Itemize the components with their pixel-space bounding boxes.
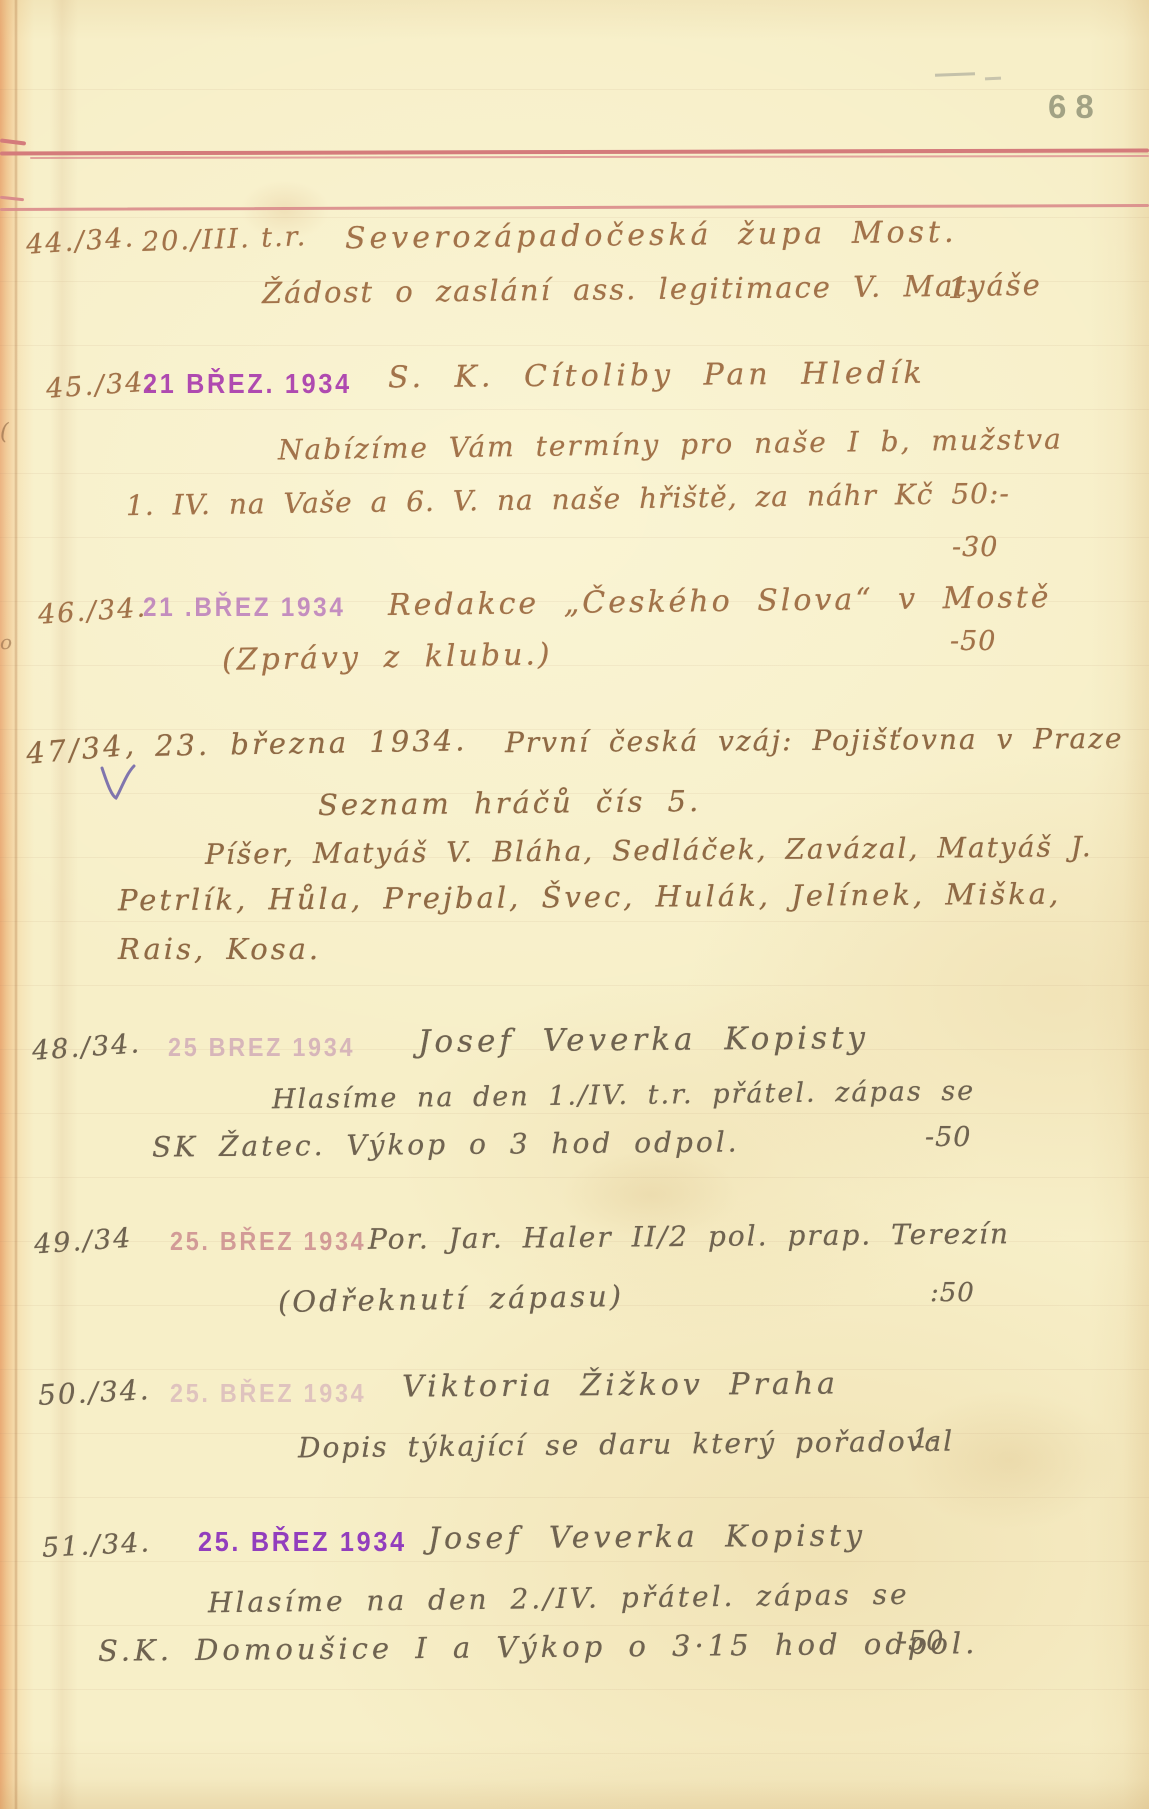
entry-line: Dopis týkající se daru který pořadoval	[298, 1425, 954, 1465]
entry-line: Nabízíme Vám termíny pro naše I b, mužst…	[278, 423, 1063, 467]
entry-amount: -50	[898, 1626, 944, 1657]
entry-amount: :50	[930, 1278, 975, 1308]
pencil-dash-mark	[985, 77, 1001, 81]
entry-number: 48./34.	[31, 1028, 142, 1067]
entry-line: SK Žatec. Výkop o 3 hod odpol.	[152, 1125, 740, 1163]
paper-stain	[900, 1390, 1120, 1530]
page-number-stamp: 68	[1048, 88, 1103, 126]
bleed-through-mark: o	[0, 630, 12, 654]
entry-title: Josef Veverka Kopisty	[428, 1518, 866, 1556]
entry-date-stamp: 25 BREZ 1934	[168, 1032, 355, 1063]
entry-title: S. K. Cítoliby Pan Hledík	[388, 356, 926, 396]
entry-amount: -50	[925, 1122, 971, 1153]
entry-title: První česká vzáj: Pojišťovna v Praze	[505, 722, 1124, 759]
entry-date-stamp: 21 .BŘEZ 1934	[143, 592, 346, 623]
red-header-rule-double	[30, 155, 1149, 159]
entry-title: Por. Jar. Haler II/2 pol. prap. Terezín	[368, 1217, 1010, 1256]
ledger-page: 68 ( o 44./34. 20./III. t.r. Severozápad…	[0, 0, 1149, 1809]
entry-number: 46./34.	[37, 592, 148, 631]
entry-number: 47/34,	[25, 727, 138, 771]
entry-number: 51./34.	[41, 1527, 151, 1564]
entry-number: 45./34.	[45, 366, 156, 405]
entry-date-handwritten: 23. března 1934.	[155, 723, 468, 762]
entry-title: Viktoria Žižkov Praha	[402, 1366, 839, 1404]
entry-line: 1. IV. na Vaše a 6. V. na naše hřiště, z…	[126, 477, 1010, 522]
red-header-rule-thin	[0, 204, 1149, 211]
entry-number: 49./34	[33, 1223, 133, 1261]
bleed-through-mark: (	[0, 420, 9, 445]
entry-line: (Odřeknutí zápasu)	[278, 1279, 625, 1319]
entry-date-handwritten: 20./III. t.r.	[142, 221, 308, 258]
entry-number: 44./34.	[25, 222, 136, 261]
pencil-dash-mark	[935, 72, 975, 76]
entry-date-stamp: 25. BŘEZ 1934	[170, 1378, 366, 1409]
entry-line: Píšer, Matyáš V. Bláha, Sedláček, Zaváza…	[205, 830, 1093, 871]
entry-number: 50./34.	[37, 1373, 151, 1412]
red-rule-edge-fragment	[0, 138, 26, 145]
entry-amount: 1-	[912, 1424, 940, 1455]
entry-line: S.K. Domoušice I a Výkop o 3·15 hod odpo…	[98, 1626, 979, 1668]
entry-title: Severozápadočeská župa Most.	[345, 215, 958, 256]
entry-line: Seznam hráčů čís 5.	[318, 784, 702, 822]
entry-line: Hlasíme na den 2./IV. přátel. zápas se	[208, 1578, 910, 1620]
entry-line: Žádost o zaslání ass. legitimace V. Maty…	[262, 268, 1042, 310]
entry-date-stamp: 21 BŘEZ. 1934	[143, 368, 352, 400]
entry-line: Petrlík, Hůla, Prejbal, Švec, Hulák, Jel…	[118, 877, 1061, 918]
entry-title: Josef Veverka Kopisty	[418, 1020, 869, 1060]
entry-amount: 1-	[948, 272, 977, 305]
red-rule-edge-fragment	[0, 196, 24, 201]
entry-line: Rais, Kosa.	[118, 932, 321, 966]
entry-line: Hlasíme na den 1./IV. t.r. přátel. zápas…	[272, 1076, 975, 1116]
entry-line: (Zprávy z klubu.)	[222, 637, 553, 678]
entry-date-stamp: 25. BŘEZ 1934	[198, 1526, 407, 1558]
entry-title: Redakce „Českého Slova“ v Mostě	[388, 580, 1052, 623]
entry-date-stamp: 25. BŘEZ 1934	[170, 1226, 366, 1257]
entry-amount: -50	[950, 626, 996, 657]
entry-amount: -30	[952, 532, 998, 563]
checkmark-icon	[98, 762, 138, 804]
